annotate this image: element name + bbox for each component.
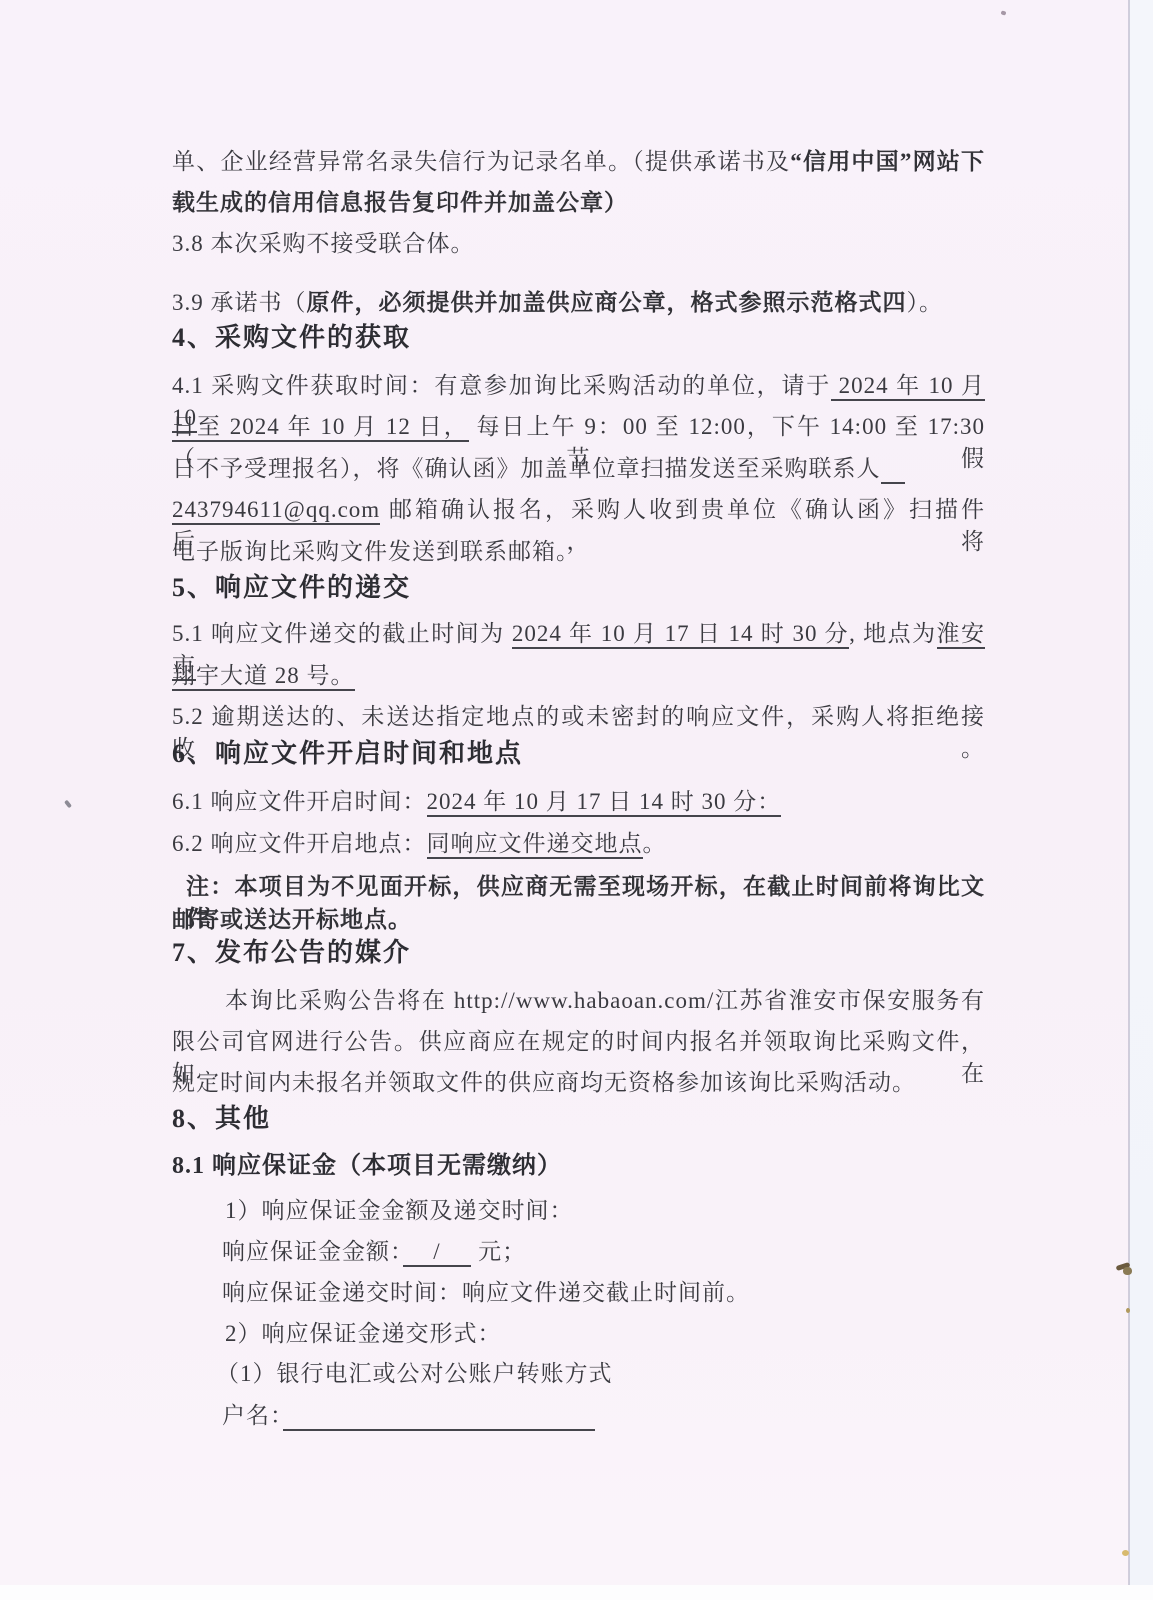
- paragraph-account-name: 户名：: [222, 1400, 1035, 1432]
- paragraph-4-1-line5: 电子版询比采购文件发送到联系邮箱。: [172, 536, 985, 568]
- text-run: 5、响应文件的递交: [172, 573, 411, 602]
- text-run: 户名：: [222, 1403, 283, 1428]
- text-run: 原件，必须提供并加盖供应商公章，格式参照示范格式四: [307, 290, 907, 315]
- text-run: 元；: [471, 1239, 526, 1264]
- underlined-text-run: 翔宇大道 28 号。: [172, 663, 355, 691]
- paper-edge-line: [1128, 0, 1130, 1585]
- paragraph-deposit-form: （1）银行电汇或公对公账户转账方式: [216, 1358, 1029, 1390]
- paragraph-6-1: 6.1 响应文件开启时间：2024 年 10 月 17 日 14 时 30 分：: [172, 786, 985, 818]
- paragraph-6-2: 6.2 响应文件开启地点：同响应文件递交地点。: [172, 828, 985, 860]
- text-run: 8、其他: [172, 1104, 271, 1133]
- underlined-text-run: 2024 年 10 月 17 日 14 时 30 分：: [427, 789, 782, 817]
- text-run: 单、企业经营异常名录失信行为记录名单。（提供承诺书及: [172, 149, 790, 174]
- underlined-text-run: [283, 1403, 595, 1431]
- text-run: 载生成的信用信息报告复印件并加盖公章）: [172, 190, 628, 215]
- text-run: 日不予受理报名），将《确认函》加盖单位章扫描发送至采购联系人: [172, 456, 881, 481]
- section-5-heading: 5、响应文件的递交: [172, 572, 985, 604]
- paragraph-deposit-time: 响应保证金递交时间：响应文件递交截止时间前。: [222, 1277, 1035, 1309]
- note-line2: 邮寄或送达开标地点。: [172, 904, 985, 936]
- text-run: 6.1 响应文件开启时间：: [172, 789, 427, 814]
- underlined-text-run: 同响应文件递交地点: [427, 831, 643, 859]
- text-run: 电子版询比采购文件发送到联系邮箱。: [172, 539, 580, 564]
- paragraph-deposit-amount: 响应保证金金额： / 元；: [222, 1236, 1035, 1268]
- paragraph-7-line1: 本询比采购公告将在 http://www.habaoan.com/江苏省淮安市保…: [225, 985, 985, 1017]
- text-run: 响应保证金递交时间：响应文件递交截止时间前。: [222, 1280, 750, 1305]
- paragraph-qualification-cont-2: 载生成的信用信息报告复印件并加盖公章）: [172, 187, 985, 219]
- scanner-background-right: [1129, 0, 1153, 1585]
- scan-speck: [1126, 1308, 1130, 1313]
- underlined-text-run: 2024 年 10 月 17 日 14 时 30 分: [512, 621, 849, 649]
- paragraph-5-1-line2: 翔宇大道 28 号。: [172, 660, 985, 692]
- text-run: , 地点为: [849, 621, 936, 646]
- paragraph-deposit-item2: 2）响应保证金递交形式：: [225, 1318, 1038, 1350]
- section-7-heading: 7、发布公告的媒介: [172, 937, 985, 969]
- text-run: 邮寄或送达开标地点。: [172, 907, 412, 932]
- text-run: 4.1 采购文件获取时间：有意参加询比采购活动的单位，请于: [172, 373, 831, 398]
- text-run: 4、采购文件的获取: [172, 323, 411, 352]
- paragraph-7-line3: 规定时间内未报名并领取文件的供应商均无资格参加该询比采购活动。: [172, 1067, 985, 1099]
- paragraph-3-8: 3.8 本次采购不接受联合体。: [172, 228, 985, 260]
- text-run: 2）响应保证金递交形式：: [225, 1321, 502, 1346]
- scan-smudge: [1123, 1267, 1132, 1275]
- text-run: （1）银行电汇或公对公账户转账方式: [216, 1361, 613, 1386]
- paragraph-3-9: 3.9 承诺书（原件，必须提供并加盖供应商公章，格式参照示范格式四）。: [172, 287, 985, 319]
- text-run: 6.2 响应文件开启地点：: [172, 831, 427, 856]
- text-run: 1）响应保证金金额及递交时间：: [225, 1198, 574, 1223]
- text-run: “信用中国”网站下: [790, 149, 985, 174]
- scanner-background-bottom: [0, 1585, 1153, 1600]
- text-run: 3.8 本次采购不接受联合体。: [172, 231, 475, 256]
- text-run: 5.1 响应文件递交的截止时间为: [172, 621, 512, 646]
- text-run: 7、发布公告的媒介: [172, 938, 411, 967]
- section-8-1-heading: 8.1 响应保证金（本项目无需缴纳）: [172, 1150, 985, 1182]
- text-run: 本询比采购公告将在 http://www.habaoan.com/江苏省淮安市保…: [225, 988, 985, 1013]
- text-run: 6、响应文件开启时间和地点: [172, 739, 523, 768]
- section-4-heading: 4、采购文件的获取: [172, 322, 985, 354]
- text-run: 8.1 响应保证金（本项目无需缴纳）: [172, 1153, 562, 1179]
- section-8-heading: 8、其他: [172, 1103, 985, 1135]
- paragraph-4-1-line3: 日不予受理报名），将《确认函》加盖单位章扫描发送至采购联系人: [172, 453, 985, 485]
- paragraph-deposit-item1: 1）响应保证金金额及递交时间：: [225, 1195, 1038, 1227]
- underlined-text-run: [881, 456, 905, 484]
- text-run: ）。: [907, 290, 944, 315]
- underlined-text-run: 243794611@qq.com: [172, 497, 380, 525]
- text-run: 。: [643, 831, 667, 856]
- underlined-text-run: 日至 2024 年 10 月 12 日，: [172, 414, 469, 442]
- underlined-text-run: /: [403, 1239, 472, 1267]
- scan-speck: [1122, 1550, 1129, 1556]
- text-run: 3.9 承诺书（: [172, 290, 307, 315]
- scanned-document-screenshot: { "colors": { "paper": "#f8f1f9", "scann…: [0, 0, 1153, 1600]
- section-6-heading: 6、响应文件开启时间和地点: [172, 738, 985, 770]
- text-run: 响应保证金金额：: [222, 1239, 403, 1264]
- text-run: 规定时间内未报名并领取文件的供应商均无资格参加该询比采购活动。: [172, 1070, 916, 1095]
- paragraph-qualification-cont-1: 单、企业经营异常名录失信行为记录名单。（提供承诺书及“信用中国”网站下: [172, 146, 985, 178]
